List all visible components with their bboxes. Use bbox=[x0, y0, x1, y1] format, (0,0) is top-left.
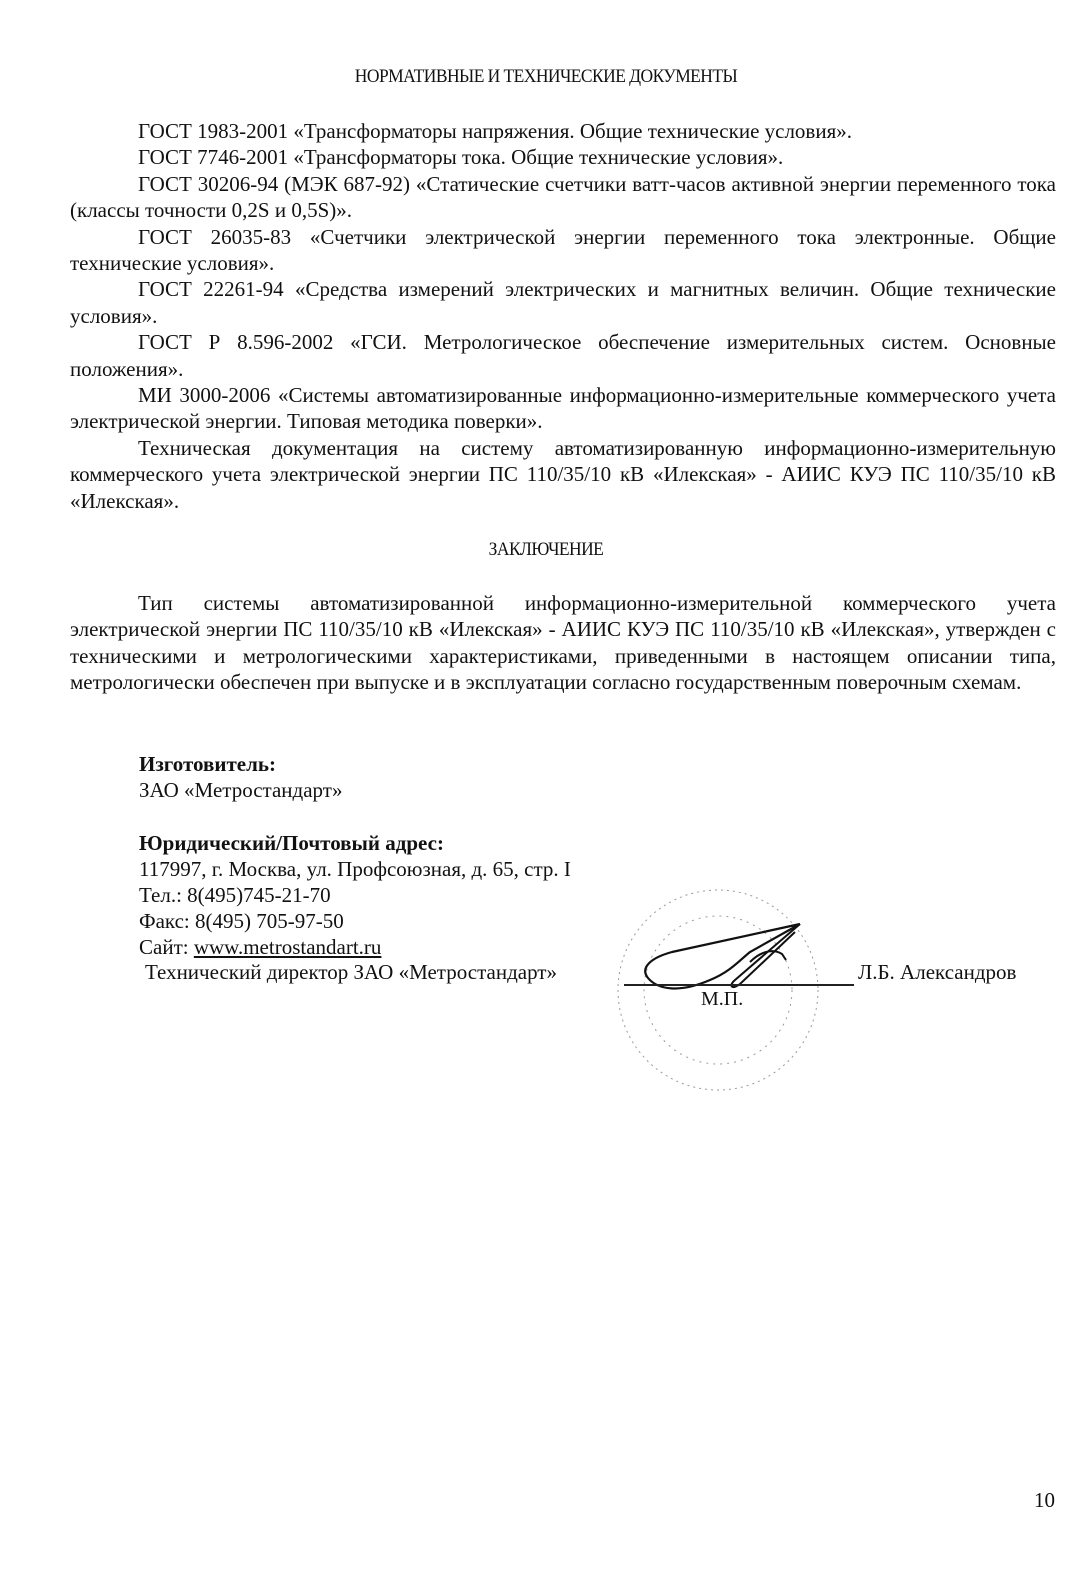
manufacturer-label: Изготовитель: bbox=[139, 751, 342, 777]
page-number: 10 bbox=[1034, 1488, 1055, 1513]
signature-line bbox=[624, 984, 854, 986]
address-block: Юридический/Почтовый адрес: 117997, г. М… bbox=[139, 830, 571, 960]
site-label: Сайт: bbox=[139, 935, 194, 959]
address-site: Сайт: www.metrostandart.ru bbox=[139, 934, 571, 960]
document-item: ГОСТ 26035-83 «Счетчики электрической эн… bbox=[70, 224, 1056, 277]
manufacturer-block: Изготовитель: ЗАО «Метростандарт» bbox=[139, 751, 342, 803]
conclusion-text-block: Тип системы автоматизированной информаци… bbox=[70, 590, 1056, 696]
document-item: МИ 3000-2006 «Системы автоматизированные… bbox=[70, 382, 1056, 435]
normative-documents-list: ГОСТ 1983-2001 «Трансформаторы напряжени… bbox=[70, 118, 1056, 514]
document-item: ГОСТ 30206-94 (МЭК 687-92) «Статические … bbox=[70, 171, 1056, 224]
signer-name: Л.Б. Александров bbox=[858, 960, 1016, 985]
manufacturer-name: ЗАО «Метростандарт» bbox=[139, 777, 342, 803]
document-item: ГОСТ Р 8.596-2002 «ГСИ. Метрологическое … bbox=[70, 329, 1056, 382]
address-street: 117997, г. Москва, ул. Профсоюзная, д. 6… bbox=[139, 856, 571, 882]
document-page: НОРМАТИВНЫЕ И ТЕХНИЧЕСКИЕ ДОКУМЕНТЫ ГОСТ… bbox=[0, 0, 1092, 1572]
document-item: ГОСТ 1983-2001 «Трансформаторы напряжени… bbox=[70, 118, 1056, 144]
conclusion-paragraph: Тип системы автоматизированной информаци… bbox=[70, 590, 1056, 696]
stamp-label: М.П. bbox=[701, 988, 743, 1011]
address-phone: Тел.: 8(495)745-21-70 bbox=[139, 882, 571, 908]
address-label: Юридический/Почтовый адрес: bbox=[139, 830, 571, 856]
document-item: ГОСТ 22261-94 «Средства измерений электр… bbox=[70, 276, 1056, 329]
section-title-conclusion: ЗАКЛЮЧЕНИЕ bbox=[44, 539, 1049, 561]
document-item: ГОСТ 7746-2001 «Трансформаторы тока. Общ… bbox=[70, 144, 1056, 170]
director-position: Технический директор ЗАО «Метростандарт» bbox=[145, 960, 557, 985]
document-item: Техническая документация на систему авто… bbox=[70, 435, 1056, 514]
address-fax: Факс: 8(495) 705-97-50 bbox=[139, 908, 571, 934]
site-link[interactable]: www.metrostandart.ru bbox=[194, 935, 382, 959]
section-title-normative-documents: НОРМАТИВНЫЕ И ТЕХНИЧЕСКИЕ ДОКУМЕНТЫ bbox=[44, 66, 1049, 88]
